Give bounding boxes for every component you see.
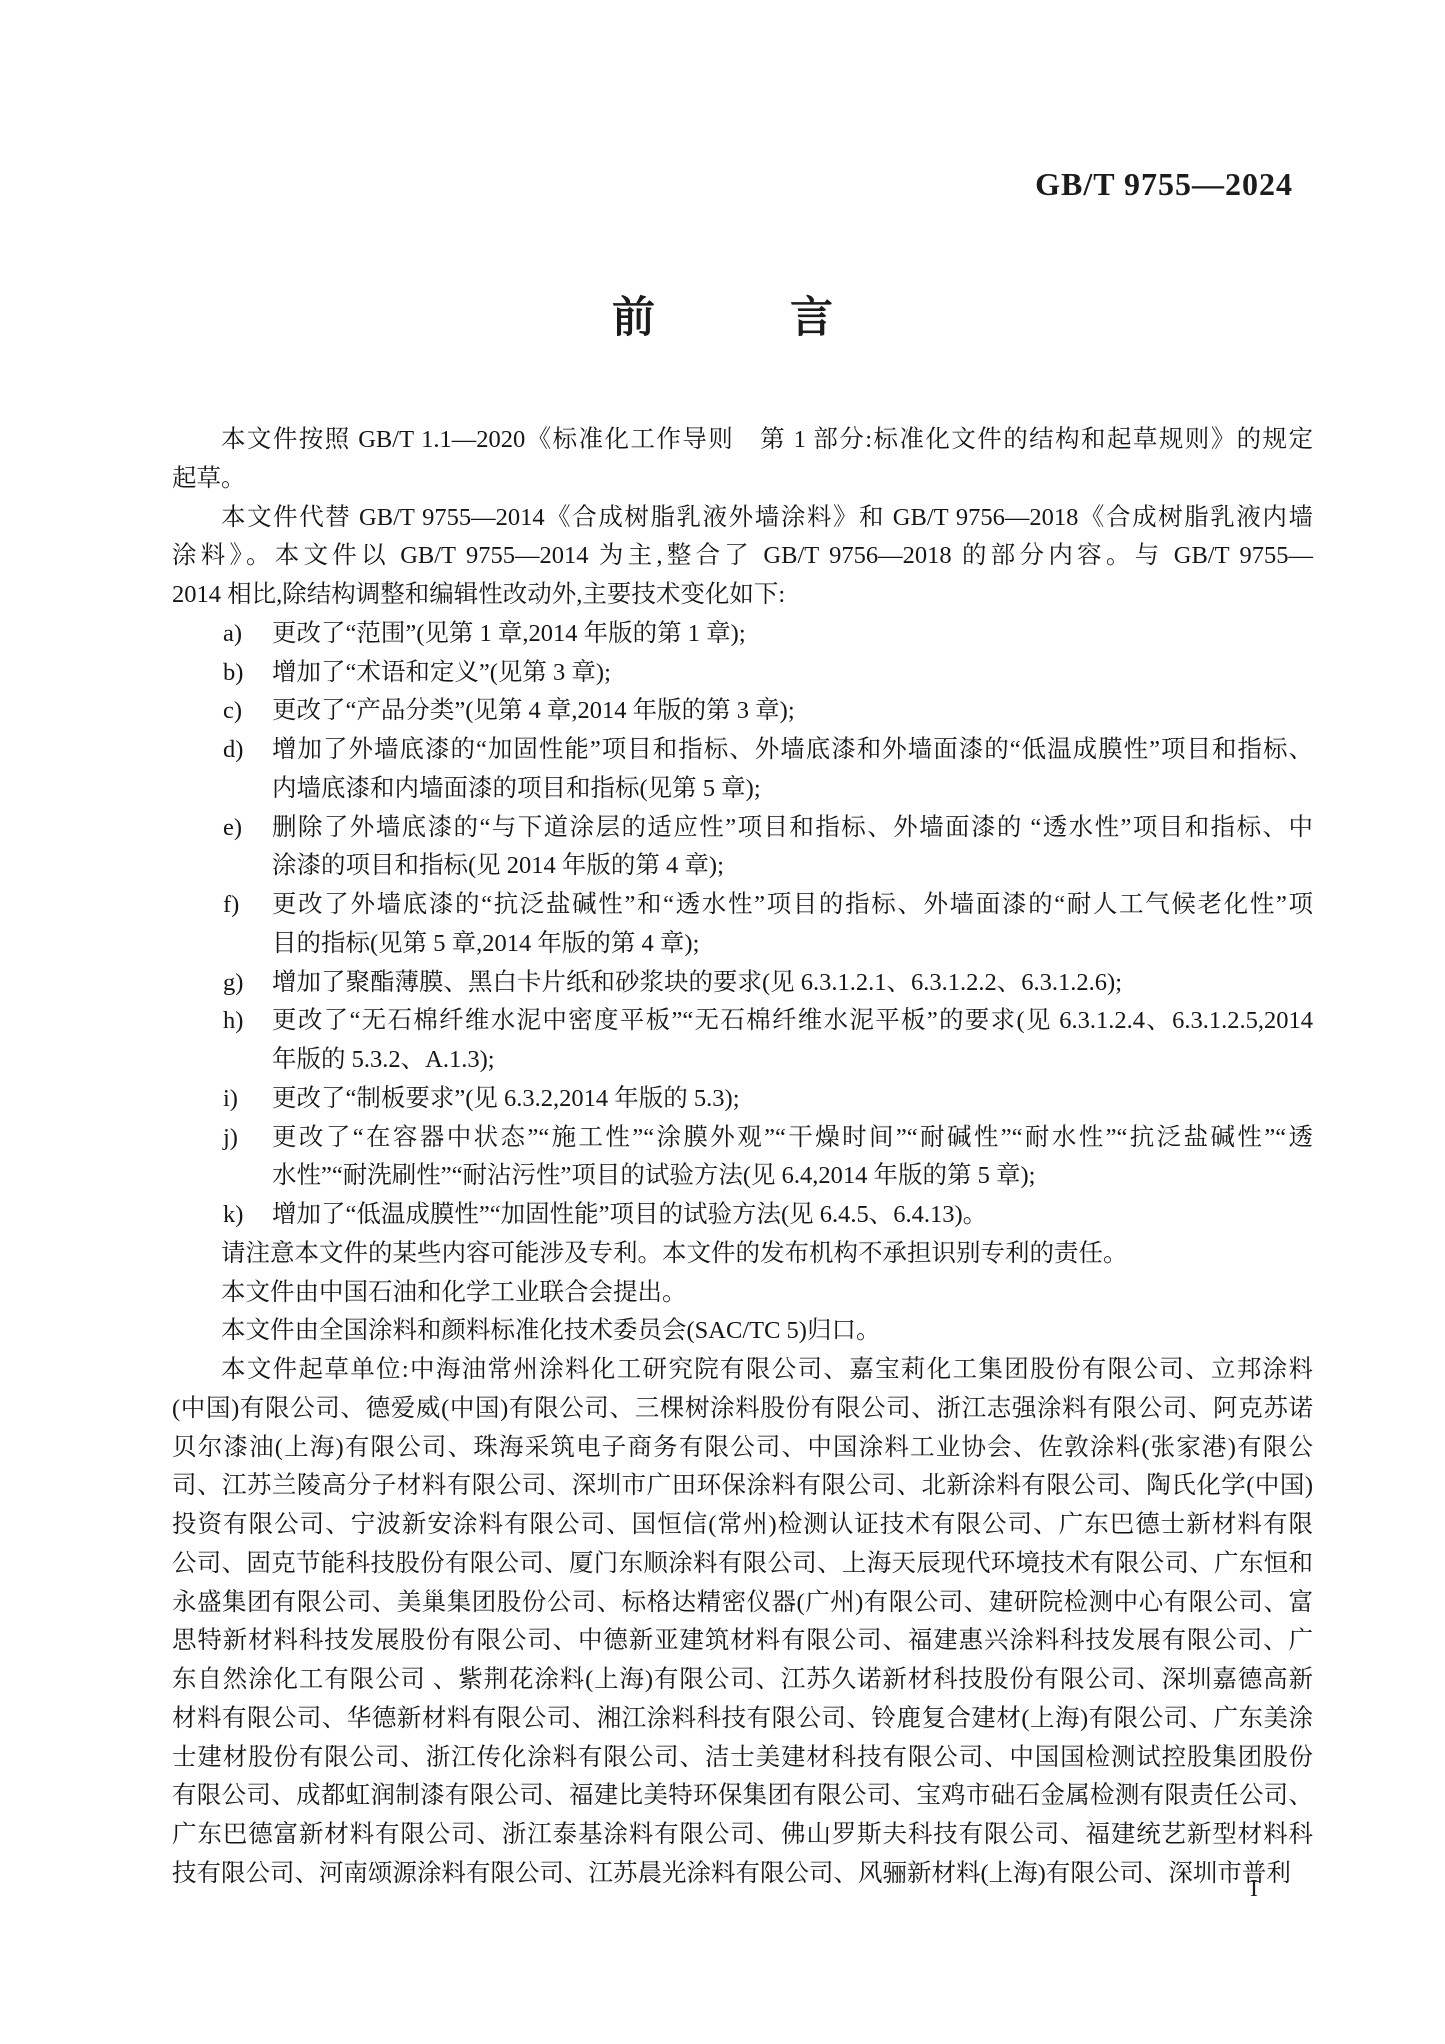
text-line: 广东巴德富新材料有限公司、浙江泰基涂料有限公司、佛山罗斯夫科技有限公司、福建统艺… bbox=[172, 1816, 1313, 1855]
list-marker: b) bbox=[223, 654, 243, 693]
text-line: 年版的 5.3.2、A.1.3); bbox=[172, 1041, 1313, 1080]
list-line: d)增加了外墙底漆的“加固性能”项目和指标、外墙底漆和外墙面漆的“低温成膜性”项… bbox=[172, 731, 1313, 770]
standard-number: GB/T 9755—2024 bbox=[1035, 166, 1293, 203]
list-line: c)更改了“产品分类”(见第 4 章,2014 年版的第 3 章); bbox=[172, 692, 1313, 731]
page: GB/T 9755—2024 前 言 本文件按照 GB/T 1.1—2020《标… bbox=[0, 0, 1445, 2044]
text-line: 水性”“耐洗刷性”“耐沾污性”项目的试验方法(见 6.4,2014 年版的第 5… bbox=[172, 1157, 1313, 1196]
list-line-text: 删除了外墙底漆的“与下道涂层的适应性”项目和指标、外墙面漆的 “透水性”项目和指… bbox=[272, 814, 1313, 841]
text-line: 涂料》。本文件以 GB/T 9755—2014 为主,整合了 GB/T 9756… bbox=[172, 537, 1313, 576]
text-line: 本文件代替 GB/T 9755—2014《合成树脂乳液外墙涂料》和 GB/T 9… bbox=[172, 499, 1313, 538]
text-line: 内墙底漆和内墙面漆的项目和指标(见第 5 章); bbox=[172, 770, 1313, 809]
page-number: I bbox=[1240, 1876, 1268, 1903]
text-line: 东自然涂化工有限公司 、紫荆花涂料(上海)有限公司、江苏久诺新材科技股份有限公司… bbox=[172, 1661, 1313, 1700]
list-line-text: 增加了外墙底漆的“加固性能”项目和指标、外墙底漆和外墙面漆的“低温成膜性”项目和… bbox=[272, 736, 1313, 763]
list-line-text: 增加了“术语和定义”(见第 3 章); bbox=[272, 659, 611, 686]
list-marker: h) bbox=[223, 1002, 243, 1041]
list-line: h)更改了“无石棉纤维水泥中密度平板”“无石棉纤维水泥平板”的要求(见 6.3.… bbox=[172, 1002, 1313, 1041]
list-line: j)更改了“在容器中状态”“施工性”“涂膜外观”“干燥时间”“耐碱性”“耐水性”… bbox=[172, 1119, 1313, 1158]
list-line: i)更改了“制板要求”(见 6.3.2,2014 年版的 5.3); bbox=[172, 1080, 1313, 1119]
list-marker: i) bbox=[223, 1080, 238, 1119]
text-line: 贝尔漆油(上海)有限公司、珠海采筑电子商务有限公司、中国涂料工业协会、佐敦涂料(… bbox=[172, 1429, 1313, 1468]
text-line: 本文件按照 GB/T 1.1—2020《标准化工作导则 第 1 部分:标准化文件… bbox=[172, 421, 1313, 460]
list-line: a)更改了“范围”(见第 1 章,2014 年版的第 1 章); bbox=[172, 615, 1313, 654]
text-line: 有限公司、成都虹润制漆有限公司、福建比美特环保集团有限公司、宝鸡市础石金属检测有… bbox=[172, 1777, 1313, 1816]
text-line: 起草。 bbox=[172, 460, 1313, 499]
list-marker: k) bbox=[223, 1196, 243, 1235]
text-line: 本文件由中国石油和化学工业联合会提出。 bbox=[172, 1274, 1313, 1313]
list-line-text: 更改了“范围”(见第 1 章,2014 年版的第 1 章); bbox=[272, 620, 746, 647]
text-line: 司、江苏兰陵高分子材料有限公司、深圳市广田环保涂料有限公司、北新涂料有限公司、陶… bbox=[172, 1467, 1313, 1506]
text-line: 2014 相比,除结构调整和编辑性改动外,主要技术变化如下: bbox=[172, 576, 1313, 615]
text-line: 投资有限公司、宁波新安涂料有限公司、国恒信(常州)检测认证技术有限公司、广东巴德… bbox=[172, 1506, 1313, 1545]
text-line: 请注意本文件的某些内容可能涉及专利。本文件的发布机构不承担识别专利的责任。 bbox=[172, 1235, 1313, 1274]
text-line: 本文件起草单位:中海油常州涂料化工研究院有限公司、嘉宝莉化工集团股份有限公司、立… bbox=[172, 1351, 1313, 1390]
list-line-text: 增加了聚酯薄膜、黑白卡片纸和砂浆块的要求(见 6.3.1.2.1、6.3.1.2… bbox=[272, 969, 1122, 996]
list-marker: f) bbox=[223, 886, 239, 925]
list-line-text: 更改了“在容器中状态”“施工性”“涂膜外观”“干燥时间”“耐碱性”“耐水性”“抗… bbox=[272, 1124, 1313, 1151]
list-line: b)增加了“术语和定义”(见第 3 章); bbox=[172, 654, 1313, 693]
page-title: 前 言 bbox=[0, 294, 1445, 342]
list-marker: d) bbox=[223, 731, 243, 770]
text-line: (中国)有限公司、德爱威(中国)有限公司、三棵树涂料股份有限公司、浙江志强涂料有… bbox=[172, 1390, 1313, 1429]
text-line: 思特新材料科技发展股份有限公司、中德新亚建筑材料有限公司、福建惠兴涂料科技发展有… bbox=[172, 1622, 1313, 1661]
list-marker: c) bbox=[223, 692, 242, 731]
text-line: 技有限公司、河南颂源涂料有限公司、江苏晨光涂料有限公司、风骊新材料(上海)有限公… bbox=[172, 1855, 1313, 1894]
document-body: 本文件按照 GB/T 1.1—2020《标准化工作导则 第 1 部分:标准化文件… bbox=[172, 421, 1313, 1894]
page-title-char-2: 言 bbox=[790, 294, 833, 342]
text-line: 士建材股份有限公司、浙江传化涂料有限公司、洁士美建材科技有限公司、中国国检测试控… bbox=[172, 1739, 1313, 1778]
text-line: 涂漆的项目和指标(见 2014 年版的第 4 章); bbox=[172, 847, 1313, 886]
list-marker: e) bbox=[223, 809, 242, 848]
text-line: 材料有限公司、华德新材料有限公司、湘江涂料科技有限公司、铃鹿复合建材(上海)有限… bbox=[172, 1700, 1313, 1739]
list-marker: g) bbox=[223, 964, 243, 1003]
text-line: 永盛集团有限公司、美巢集团股份公司、标格达精密仪器(广州)有限公司、建研院检测中… bbox=[172, 1584, 1313, 1623]
text-line: 目的指标(见第 5 章,2014 年版的第 4 章); bbox=[172, 925, 1313, 964]
list-marker: j) bbox=[223, 1119, 238, 1158]
list-line-text: 更改了“无石棉纤维水泥中密度平板”“无石棉纤维水泥平板”的要求(见 6.3.1.… bbox=[272, 1007, 1313, 1034]
page-title-char-1: 前 bbox=[612, 294, 655, 342]
list-line: e)删除了外墙底漆的“与下道涂层的适应性”项目和指标、外墙面漆的 “透水性”项目… bbox=[172, 809, 1313, 848]
list-marker: a) bbox=[223, 615, 242, 654]
text-line: 公司、固克节能科技股份有限公司、厦门东顺涂料有限公司、上海天辰现代环境技术有限公… bbox=[172, 1545, 1313, 1584]
list-line: g)增加了聚酯薄膜、黑白卡片纸和砂浆块的要求(见 6.3.1.2.1、6.3.1… bbox=[172, 964, 1313, 1003]
list-line-text: 增加了“低温成膜性”“加固性能”项目的试验方法(见 6.4.5、6.4.13)。 bbox=[272, 1201, 987, 1228]
list-line: k)增加了“低温成膜性”“加固性能”项目的试验方法(见 6.4.5、6.4.13… bbox=[172, 1196, 1313, 1235]
list-line-text: 更改了“产品分类”(见第 4 章,2014 年版的第 3 章); bbox=[272, 697, 795, 724]
list-line: f)更改了外墙底漆的“抗泛盐碱性”和“透水性”项目的指标、外墙面漆的“耐人工气候… bbox=[172, 886, 1313, 925]
list-line-text: 更改了外墙底漆的“抗泛盐碱性”和“透水性”项目的指标、外墙面漆的“耐人工气候老化… bbox=[272, 891, 1313, 918]
list-line-text: 更改了“制板要求”(见 6.3.2,2014 年版的 5.3); bbox=[272, 1085, 740, 1112]
text-line: 本文件由全国涂料和颜料标准化技术委员会(SAC/TC 5)归口。 bbox=[172, 1312, 1313, 1351]
